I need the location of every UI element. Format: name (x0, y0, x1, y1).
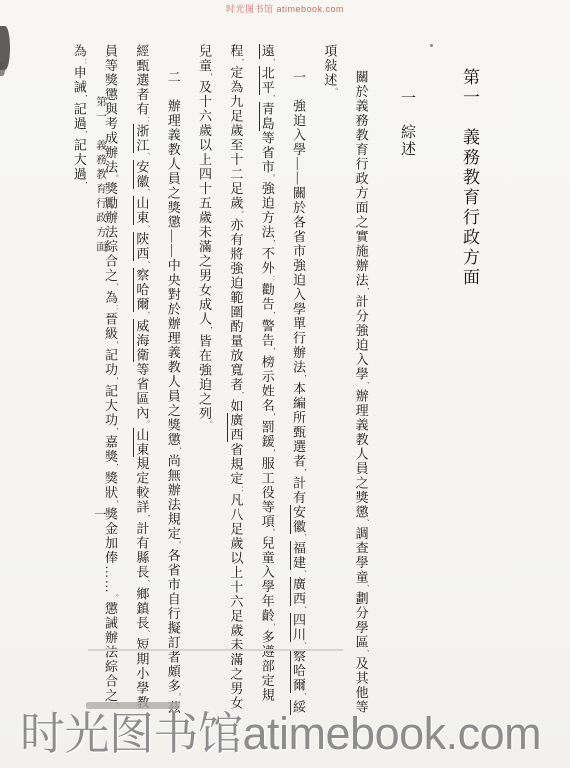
proper-name: 浙江 (133, 124, 149, 153)
proper-name: 察哈爾 (290, 649, 306, 693)
paragraph-intro: 關於義務教育行政方面之實施辦法，計分強迫入學、辦理義教人員之獎懲、調查學童、劃分… (316, 44, 379, 716)
proper-name: 廣西 (290, 577, 306, 606)
proper-name: 安徽 (133, 160, 149, 189)
paragraph-item-2-rewards-and-punishments: 二 辦理義教人員之獎懲——中央對於辦理義教人員之獎懲，尚無辦法規定。各省市自行擬… (66, 44, 191, 716)
proper-name: 北平 (259, 66, 275, 95)
page-number: 一 (92, 508, 109, 520)
proper-name: 山東 (133, 428, 149, 457)
proper-name: 威海衛 (133, 319, 149, 363)
proper-name: 山東 (133, 196, 149, 225)
proper-name: 陝西 (133, 232, 149, 261)
proper-name: 察哈爾 (133, 268, 149, 312)
running-title: 第一 義務教育行政方面 (93, 96, 108, 326)
proper-name: 廣西 (227, 413, 243, 442)
proper-name: 安徽 (290, 505, 306, 534)
scan-artifact-edge-blob-small (0, 62, 5, 76)
proper-name: 青島 (259, 102, 275, 131)
scanned-book-page: 时光图书馆 atimebook.com 第一 義務教育行政方面 一 綜述 關於義… (0, 0, 570, 768)
paragraph-item-1-compulsory-enrollment: 一 強迫入學——關於各省市強迫入學單行辦法，本編所甄選者，計有安徽、福建、廣西、… (191, 44, 316, 716)
top-watermark: 时光图书馆 atimebook.com (226, 2, 344, 15)
proper-name: 四川 (290, 613, 306, 642)
chapter-title: 第一 義務教育行政方面 (454, 44, 484, 716)
section-heading: 一 綜述 (393, 44, 420, 716)
bottom-watermark: 时光图书馆atimebook.com (20, 697, 541, 762)
proper-name: 福建 (290, 541, 306, 570)
scan-artifact-edge-blob (0, 26, 10, 70)
page-content: 第一 義務教育行政方面 一 綜述 關於義務教育行政方面之實施辦法，計分強迫入學、… (66, 44, 484, 716)
